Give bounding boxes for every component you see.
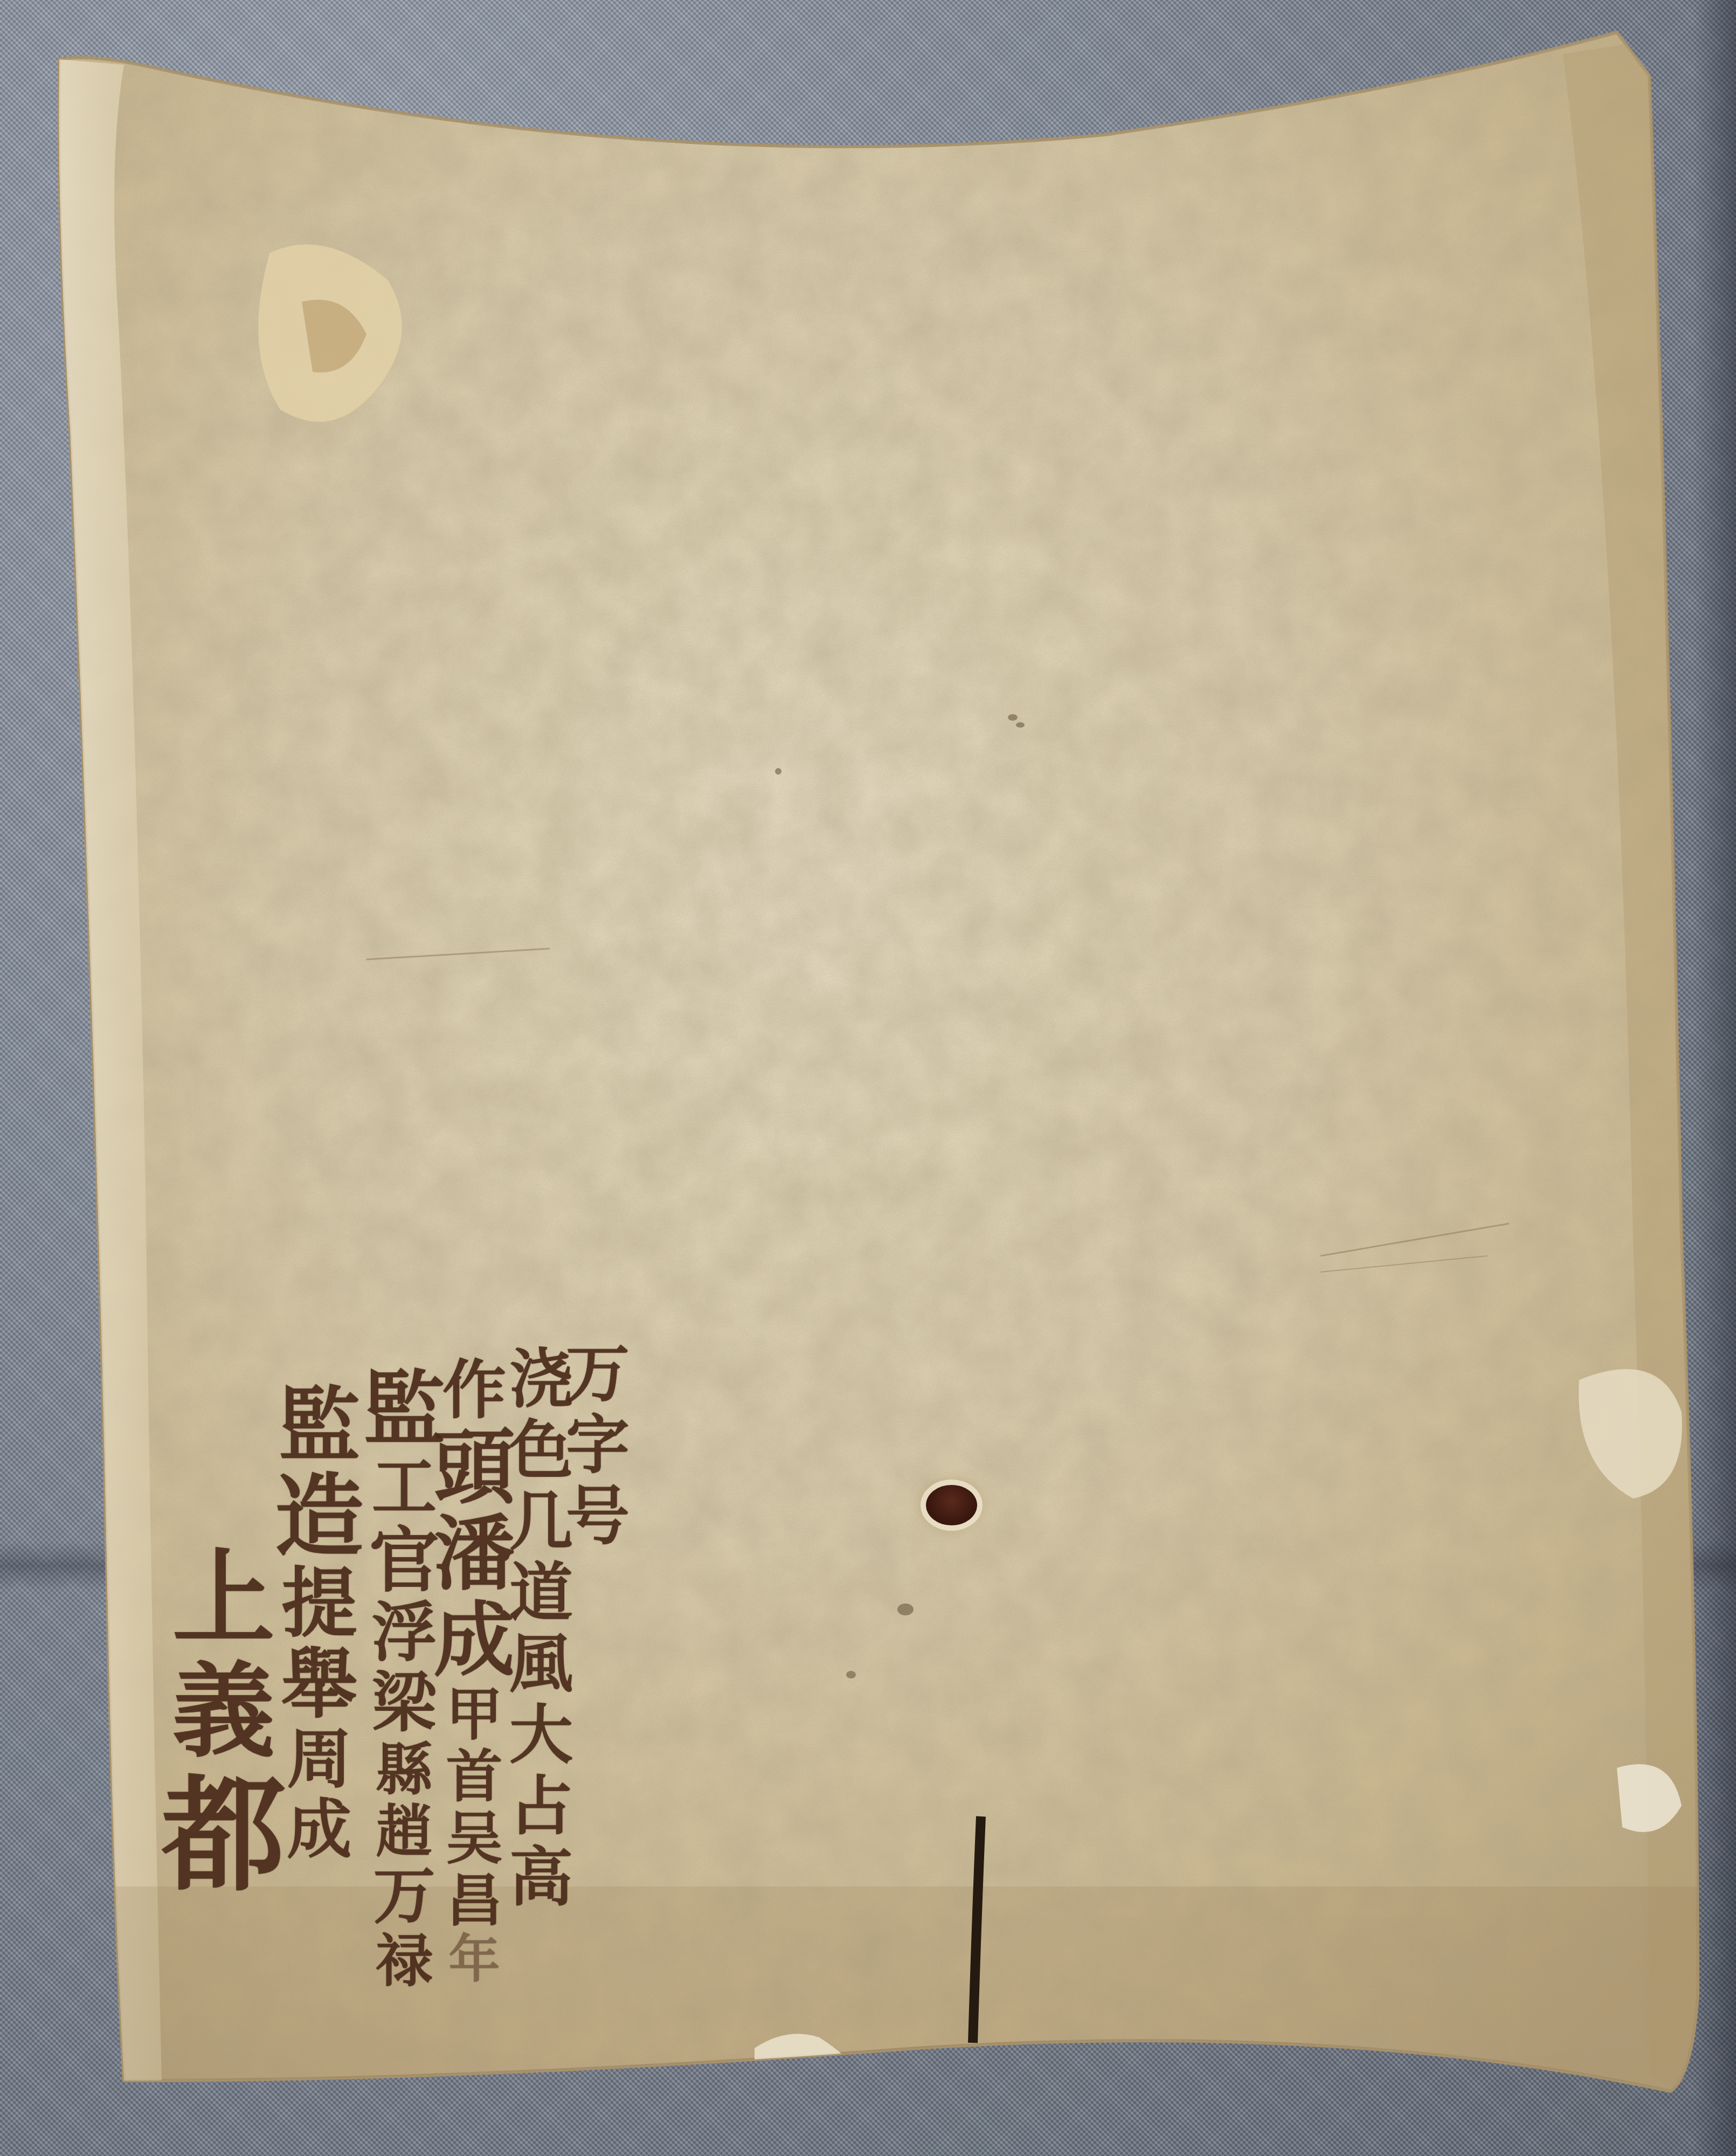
char: 首 — [446, 1748, 503, 1805]
surface-pit — [897, 1604, 914, 1615]
char: 万 — [374, 1865, 435, 1927]
surface-pit — [1008, 714, 1018, 721]
inscription-column-5: 監 造 提 舉 周 成 — [275, 1385, 364, 1868]
char: 義 — [172, 1660, 275, 1763]
char: 色 — [509, 1419, 573, 1482]
char: 占 — [509, 1774, 573, 1838]
char-faint: 年 — [449, 1934, 500, 1985]
char: 監 — [364, 1369, 445, 1450]
surface-pit — [846, 1671, 856, 1678]
char: 監 — [279, 1385, 359, 1466]
ink-inscription: 万 字 号 浇 色 几 道 風 大 占 高 作 頭 潘 成 甲 首 吴 昌 年 — [156, 1337, 663, 2048]
char: 縣 — [376, 1741, 433, 1798]
char: 作 — [442, 1358, 506, 1422]
inscription-column-2: 浇 色 几 道 風 大 占 高 — [509, 1347, 573, 1917]
surface-pit — [775, 768, 781, 775]
char: 浇 — [509, 1347, 573, 1411]
char: 潘 — [434, 1514, 515, 1594]
char: 都 — [162, 1773, 286, 1897]
char: 成 — [434, 1600, 515, 1681]
char: 舉 — [281, 1647, 357, 1722]
char: 大 — [509, 1703, 573, 1767]
inscription-column-3: 作 頭 潘 成 甲 首 吴 昌 年 — [434, 1358, 515, 1991]
char: 吴 — [446, 1810, 503, 1867]
char: 字 — [566, 1413, 630, 1477]
char: 上 — [172, 1547, 275, 1649]
char: 禄 — [376, 1932, 433, 1989]
char: 頭 — [434, 1427, 515, 1508]
char: 浮 — [372, 1601, 437, 1666]
char: 提 — [281, 1566, 357, 1641]
char: 官 — [369, 1525, 439, 1595]
char: 趙 — [376, 1803, 433, 1860]
char: 几 — [509, 1490, 573, 1553]
char: 工 — [372, 1455, 437, 1520]
char: 高 — [509, 1846, 573, 1909]
char: 号 — [566, 1484, 630, 1548]
char: 道 — [509, 1561, 573, 1625]
char: 成 — [287, 1798, 352, 1862]
inscription-column-1: 万 字 号 — [566, 1342, 630, 1556]
char: 造 — [275, 1471, 364, 1560]
photo-scene: 万 字 号 浇 色 几 道 風 大 占 高 作 頭 潘 成 甲 首 吴 昌 年 — [0, 0, 1736, 2156]
char: 梁 — [372, 1671, 437, 1736]
char: 昌 — [446, 1872, 503, 1929]
char: 万 — [566, 1342, 630, 1406]
char: 周 — [287, 1727, 352, 1792]
inscription-column-6: 上 義 都 — [162, 1547, 286, 1908]
char: 甲 — [446, 1686, 503, 1743]
char: 風 — [509, 1632, 573, 1696]
nail-hole — [926, 1485, 977, 1525]
inscription-column-4: 監 工 官 浮 梁 縣 趙 万 禄 — [364, 1369, 445, 1994]
surface-pit — [1016, 722, 1025, 728]
